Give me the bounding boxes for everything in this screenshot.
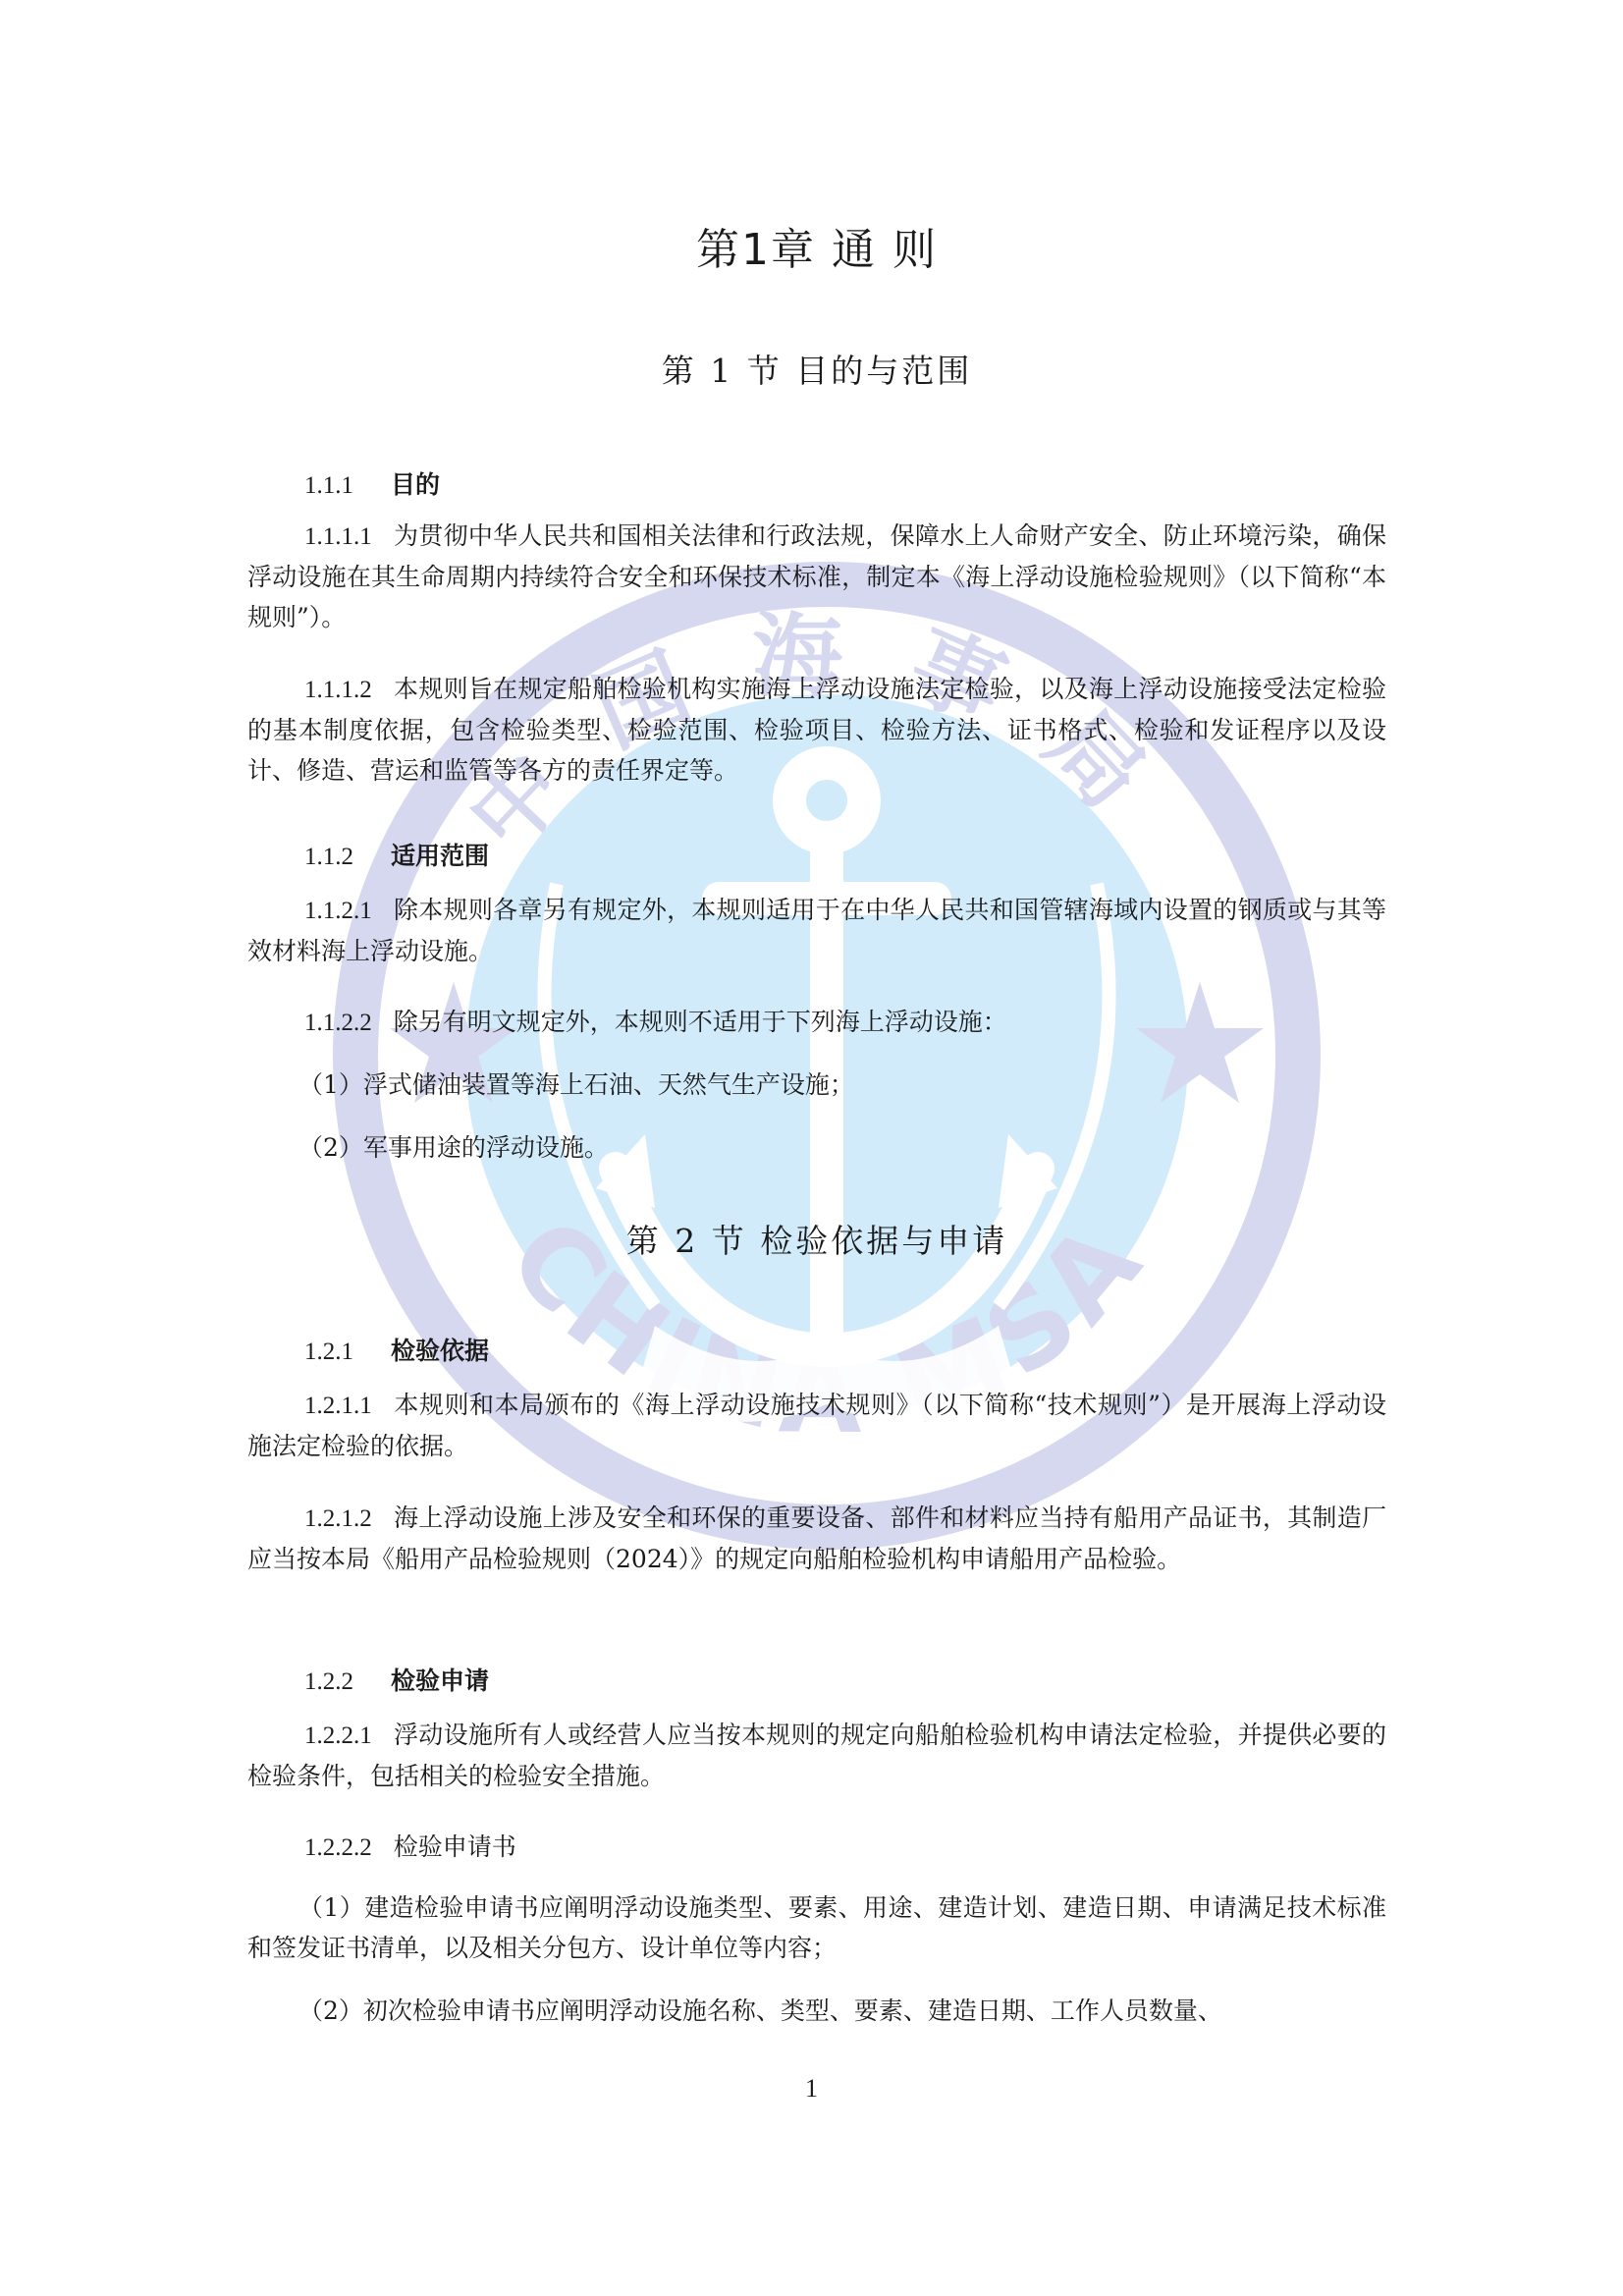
paragraph-text: 检验申请书	[394, 1832, 516, 1861]
subsection-number: 1.2.1	[304, 1339, 391, 1366]
list-item: （2）军事用途的浮动设施。	[247, 1127, 1386, 1168]
subsection-heading: 1.2.2检验申请	[304, 1662, 489, 1697]
subsection-heading: 1.1.1目的	[304, 465, 440, 501]
list-item: （1）浮式储油装置等海上石油、天然气生产设施；	[247, 1065, 1386, 1105]
paragraph-text: 浮动设施所有人或经营人应当按本规则的规定向船舶检验机构申请法定检验，并提供必要的…	[247, 1721, 1386, 1790]
subsection-heading: 1.2.1检验依据	[304, 1332, 489, 1367]
paragraph-text: 海上浮动设施上涉及安全和环保的重要设备、部件和材料应当持有船用产品证书，其制造厂…	[247, 1503, 1386, 1573]
paragraph: 1.2.1.2海上浮动设施上涉及安全和环保的重要设备、部件和材料应当持有船用产品…	[247, 1498, 1386, 1579]
paragraph-text: 本规则旨在规定船舶检验机构实施海上浮动设施法定检验，以及海上浮动设施接受法定检验…	[247, 675, 1386, 785]
paragraph-number: 1.1.1.2	[304, 677, 372, 703]
paragraph-text: 除另有明文规定外，本规则不适用于下列海上浮动设施：	[394, 1008, 1007, 1036]
list-item: （2）初次检验申请书应阐明浮动设施名称、类型、要素、建造日期、工作人员数量、	[247, 1991, 1386, 2031]
paragraph-number: 1.2.1.2	[304, 1505, 372, 1532]
subsection-number: 1.2.2	[304, 1668, 391, 1696]
section-title: 第 2 节 检验依据与申请	[247, 1216, 1386, 1262]
chapter-title: 第1章 通 则	[247, 214, 1386, 277]
paragraph-number: 1.1.1.1	[304, 523, 372, 550]
subsection-number: 1.1.2	[304, 844, 391, 871]
paragraph: 1.1.2.2除另有明文规定外，本规则不适用于下列海上浮动设施：	[247, 1002, 1386, 1043]
paragraph-number: 1.1.2.1	[304, 898, 372, 924]
subsection-title: 适用范围	[391, 842, 489, 870]
paragraph-number: 1.2.2.2	[304, 1834, 372, 1861]
paragraph: 1.1.2.1除本规则各章另有规定外，本规则适用于在中华人民共和国管辖海域内设置…	[247, 890, 1386, 971]
paragraph-number: 1.2.1.1	[304, 1393, 372, 1419]
subsection-title: 目的	[391, 470, 440, 499]
page-number: 1	[0, 2074, 1623, 2104]
paragraph-number: 1.2.2.1	[304, 1722, 372, 1749]
subsection-number: 1.1.1	[304, 472, 391, 500]
paragraph: 1.2.2.2检验申请书	[247, 1827, 1386, 1868]
paragraph-text: 除本规则各章另有规定外，本规则适用于在中华人民共和国管辖海域内设置的钢质或与其等…	[247, 896, 1386, 965]
section-title: 第 1 节 目的与范围	[247, 346, 1386, 392]
paragraph-text: 为贯彻中华人民共和国相关法律和行政法规，保障水上人命财产安全、防止环境污染，确保…	[247, 521, 1386, 631]
list-item: （1）建造检验申请书应阐明浮动设施类型、要素、用途、建造计划、建造日期、申请满足…	[247, 1887, 1386, 1968]
subsection-title: 检验依据	[391, 1337, 489, 1365]
paragraph: 1.2.1.1本规则和本局颁布的《海上浮动设施技术规则》（以下简称“技术规则”）…	[247, 1385, 1386, 1466]
paragraph-number: 1.1.2.2	[304, 1010, 372, 1036]
subsection-heading: 1.1.2适用范围	[304, 837, 489, 872]
paragraph: 1.1.1.1为贯彻中华人民共和国相关法律和行政法规，保障水上人命财产安全、防止…	[247, 516, 1386, 637]
paragraph-text: 本规则和本局颁布的《海上浮动设施技术规则》（以下简称“技术规则”）是开展海上浮动…	[247, 1391, 1386, 1460]
subsection-title: 检验申请	[391, 1667, 489, 1695]
paragraph: 1.1.1.2本规则旨在规定船舶检验机构实施海上浮动设施法定检验，以及海上浮动设…	[247, 669, 1386, 791]
paragraph: 1.2.2.1浮动设施所有人或经营人应当按本规则的规定向船舶检验机构申请法定检验…	[247, 1715, 1386, 1796]
